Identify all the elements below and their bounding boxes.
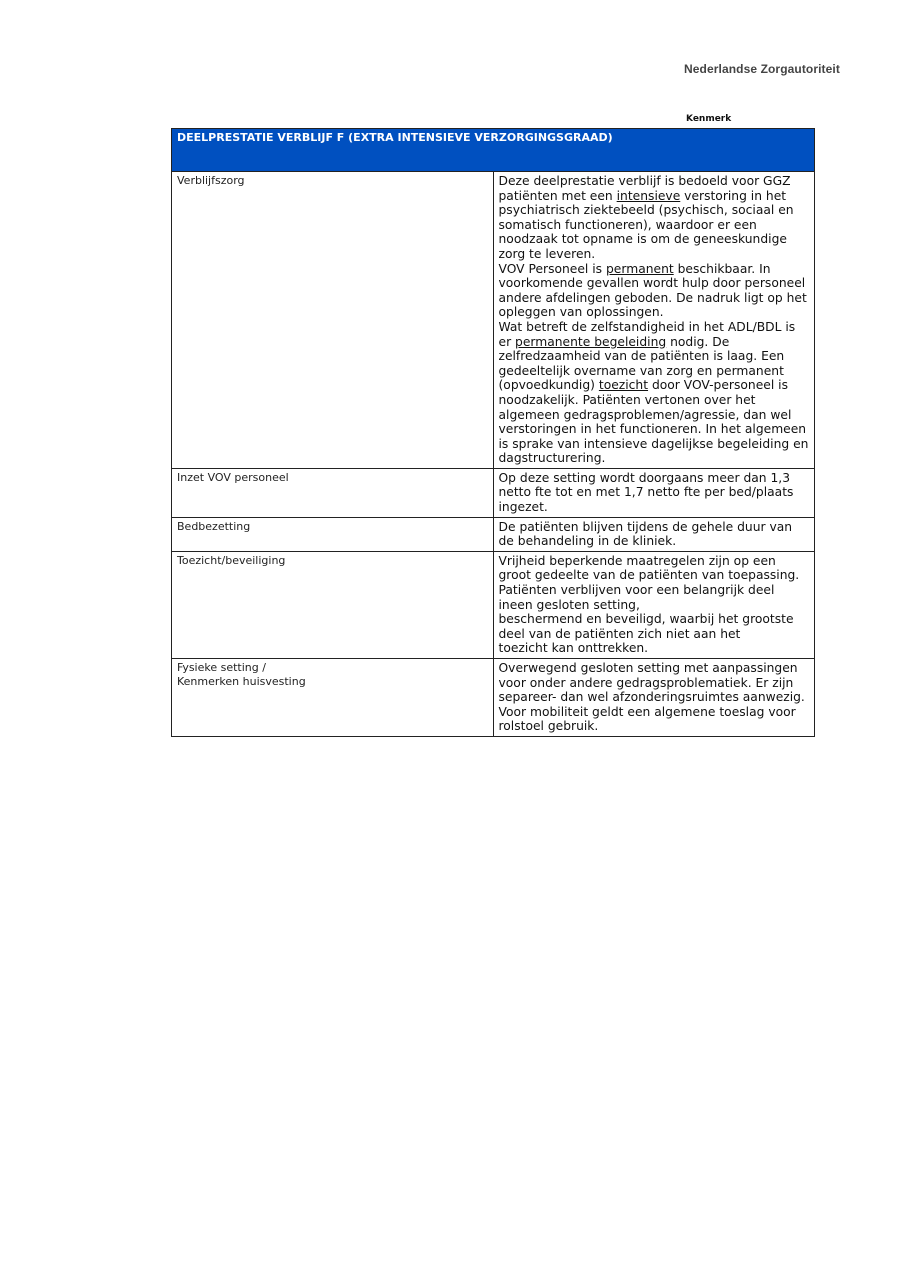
text-segment: Vrijheid beperkende maatregelen zijn op … — [499, 554, 800, 583]
emphasized-term: intensieve — [617, 189, 681, 203]
row-label-line: Fysieke setting / — [177, 661, 488, 675]
text-segment: toezicht kan onttrekken. — [499, 641, 649, 655]
text-segment: Op deze setting wordt doorgaans meer dan… — [499, 471, 794, 514]
value-paragraph: Vrijheid beperkende maatregelen zijn op … — [499, 554, 810, 583]
row-label-line: Kenmerken huisvesting — [177, 675, 488, 689]
table-row: VerblijfszorgDeze deelprestatie verblijf… — [172, 172, 815, 469]
text-segment: De patiënten blijven tijdens de gehele d… — [499, 520, 793, 549]
table-row: Inzet VOV personeelOp deze setting wordt… — [172, 468, 815, 517]
value-paragraph: De patiënten blijven tijdens de gehele d… — [499, 520, 810, 549]
value-paragraph: Op deze setting wordt doorgaans meer dan… — [499, 471, 810, 515]
deelprestatie-table: DEELPRESTATIE VERBLIJF F (EXTRA INTENSIE… — [171, 128, 815, 737]
row-label: Toezicht/beveiliging — [172, 551, 494, 658]
table-row: BedbezettingDe patiënten blijven tijdens… — [172, 517, 815, 551]
value-paragraph: Patiënten verblijven voor een belangrijk… — [499, 583, 810, 612]
row-label: Inzet VOV personeel — [172, 468, 494, 517]
table-title: DEELPRESTATIE VERBLIJF F (EXTRA INTENSIE… — [172, 129, 815, 172]
value-paragraph: Wat betreft de zelfstandigheid in het AD… — [499, 320, 810, 466]
kenmerk-label: Kenmerk — [686, 114, 731, 124]
row-label: Bedbezetting — [172, 517, 494, 551]
table-row: Fysieke setting /Kenmerken huisvestingOv… — [172, 659, 815, 737]
emphasized-term: permanente begeleiding — [515, 335, 666, 349]
table-row: Toezicht/beveiligingVrijheid beperkende … — [172, 551, 815, 658]
organization-name: Nederlandse Zorgautoriteit — [684, 62, 840, 76]
value-paragraph: Deze deelprestatie verblijf is bedoeld v… — [499, 174, 810, 262]
value-paragraph: Overwegend gesloten setting met aanpassi… — [499, 661, 810, 734]
text-segment: beschermend en beveiligd, waarbij het gr… — [499, 612, 794, 641]
value-paragraph: VOV Personeel is permanent beschikbaar. … — [499, 262, 810, 320]
text-segment: VOV Personeel is — [499, 262, 607, 276]
text-segment: Overwegend gesloten setting met aanpassi… — [499, 661, 805, 733]
row-value: Overwegend gesloten setting met aanpassi… — [493, 659, 815, 737]
table-header-row: DEELPRESTATIE VERBLIJF F (EXTRA INTENSIE… — [172, 129, 815, 172]
row-label: Fysieke setting /Kenmerken huisvesting — [172, 659, 494, 737]
row-value: Vrijheid beperkende maatregelen zijn op … — [493, 551, 815, 658]
text-segment: Patiënten verblijven voor een belangrijk… — [499, 583, 775, 612]
row-value: Op deze setting wordt doorgaans meer dan… — [493, 468, 815, 517]
value-paragraph: beschermend en beveiligd, waarbij het gr… — [499, 612, 810, 641]
row-value: Deze deelprestatie verblijf is bedoeld v… — [493, 172, 815, 469]
emphasized-term: permanent — [606, 262, 674, 276]
emphasized-term: toezicht — [599, 378, 648, 392]
row-label: Verblijfszorg — [172, 172, 494, 469]
row-value: De patiënten blijven tijdens de gehele d… — [493, 517, 815, 551]
value-paragraph: toezicht kan onttrekken. — [499, 641, 810, 656]
